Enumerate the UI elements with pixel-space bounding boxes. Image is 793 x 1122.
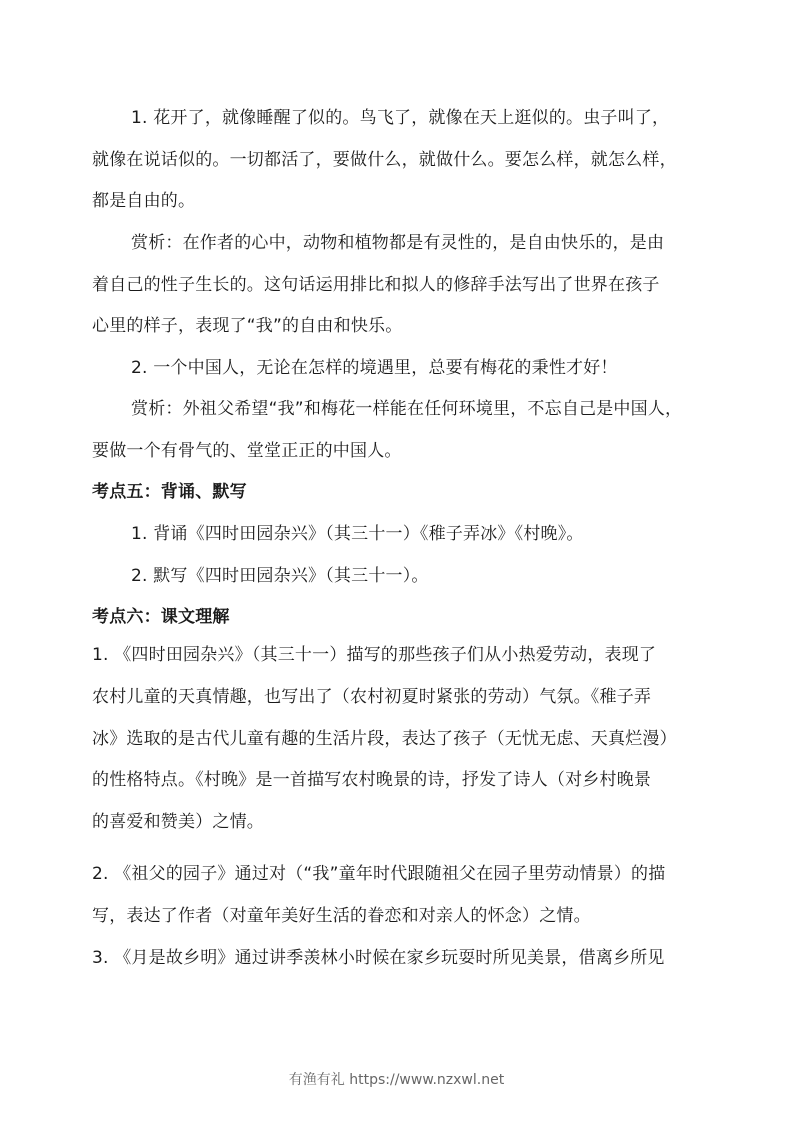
paragraph-line: 心里的样子，表现了“我”的自由和快乐。 xyxy=(92,314,716,338)
paragraph-line: 冰》选取的是古代儿童有趣的生活片段，表达了孩子（无忧无虑、天真烂漫） xyxy=(92,727,716,751)
paragraph-line: 的性格特点。《村晚》是一首描写农村晚景的诗，抒发了诗人（对乡村晚景 xyxy=(92,768,716,792)
paragraph-line: 着自己的性子生长的。这句话运用排比和拟人的修辞手法写出了世界在孩子 xyxy=(92,273,716,297)
section-heading-6: 考点六：课文理解 xyxy=(92,605,716,629)
document-page: 1. 花开了，就像睡醒了似的。鸟飞了，就像在天上逛似的。虫子叫了， 就像在说话似… xyxy=(0,0,793,1122)
paragraph-line: 1. 花开了，就像睡醒了似的。鸟飞了，就像在天上逛似的。虫子叫了， xyxy=(131,106,755,130)
paragraph-line: 2. 《祖父的园子》通过对（“我”童年时代跟随祖父在园子里劳动情景）的描 xyxy=(92,862,716,886)
paragraph-line: 2. 一个中国人，无论在怎样的境遇里，总要有梅花的秉性才好！ xyxy=(131,356,755,380)
paragraph-line: 赏析：在作者的心中，动物和植物都是有灵性的，是自由快乐的，是由 xyxy=(131,231,755,255)
paragraph-line: 赏析：外祖父希望“我”和梅花一样能在任何环境里，不忘自己是中国人， xyxy=(131,397,755,421)
paragraph-line: 3. 《月是故乡明》通过讲季羡林小时候在家乡玩耍时所见美景，借离乡所见 xyxy=(92,946,716,970)
paragraph-line: 就像在说话似的。一切都活了，要做什么，就做什么。要怎么样，就怎么样， xyxy=(92,148,716,172)
paragraph-line: 农村儿童的天真情趣，也写出了（农村初夏时紧张的劳动）气氛。《稚子弄 xyxy=(92,685,716,709)
paragraph-line: 的喜爱和赞美）之情。 xyxy=(92,810,716,834)
paragraph-line: 1. 《四时田园杂兴》（其三十一）描写的那些孩子们从小热爱劳动，表现了 xyxy=(92,643,716,667)
list-item: 2. 默写《四时田园杂兴》（其三十一）。 xyxy=(131,564,755,588)
paragraph-line: 写，表达了作者（对童年美好生活的眷恋和对亲人的怀念）之情。 xyxy=(92,904,716,928)
footer-watermark: 有渔有礼 https://www.nzxwl.net xyxy=(0,1069,793,1089)
paragraph-line: 要做一个有骨气的、堂堂正正的中国人。 xyxy=(92,439,716,463)
list-item: 1. 背诵《四时田园杂兴》（其三十一）《稚子弄冰》《村晚》。 xyxy=(131,522,755,546)
section-heading-5: 考点五：背诵、默写 xyxy=(92,480,716,504)
paragraph-line: 都是自由的。 xyxy=(92,189,716,213)
